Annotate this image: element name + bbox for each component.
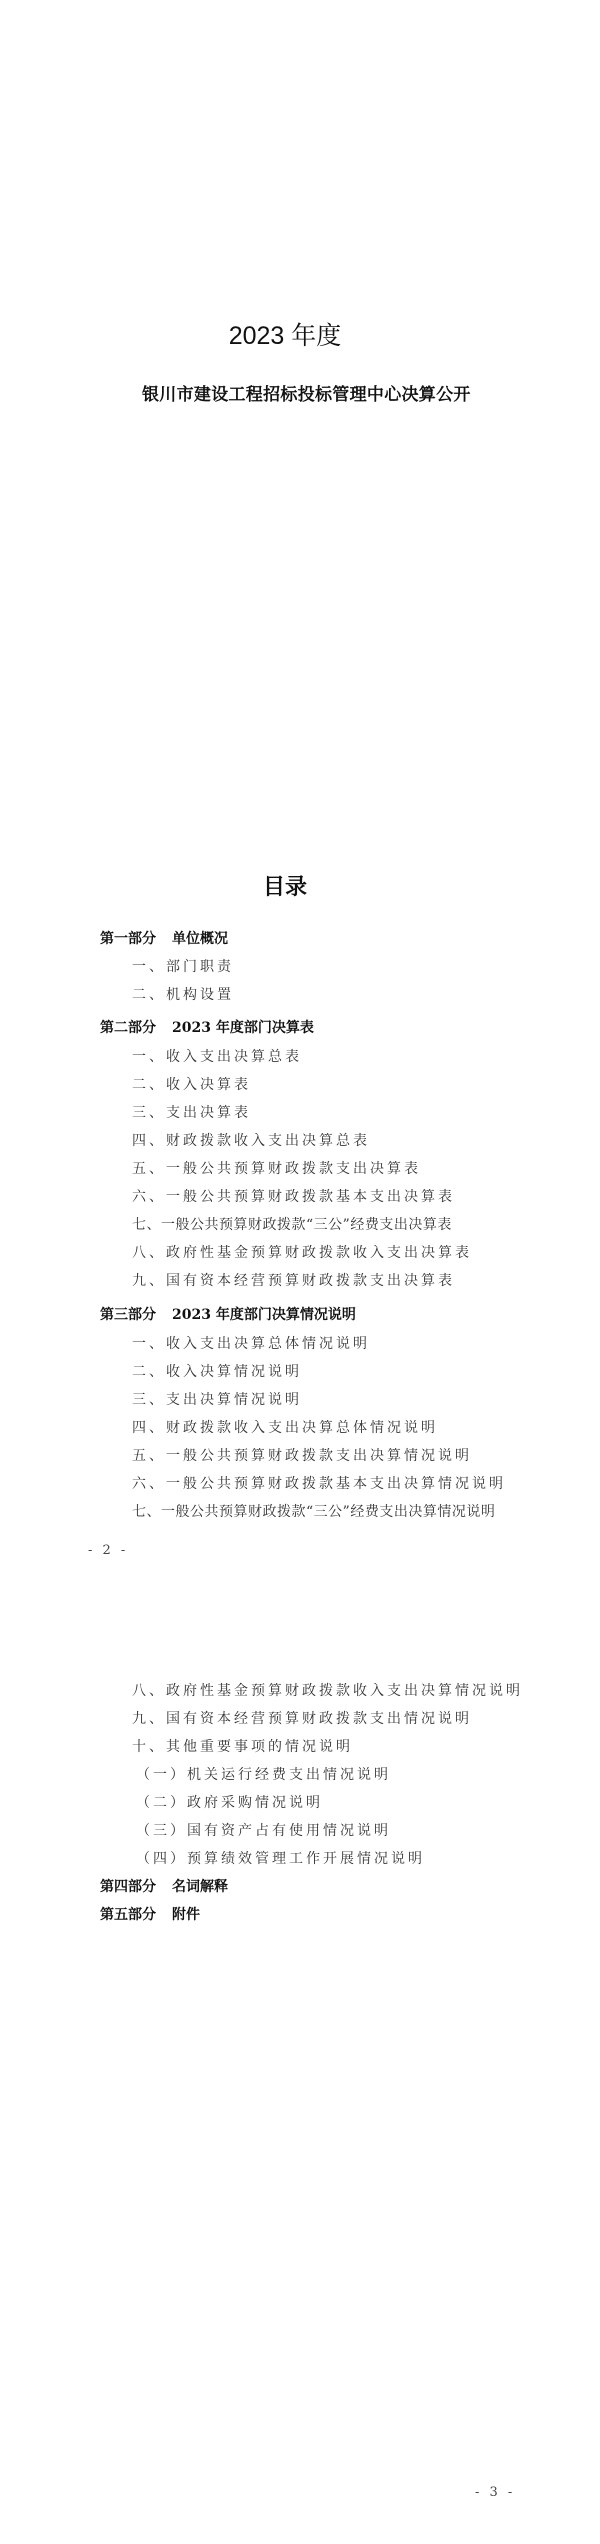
toc-subitem[interactable]: （一）机关运行经费支出情况说明 [136,1764,391,1784]
toc-item[interactable]: 四、财政拨款收入支出决算总表 [132,1130,370,1150]
part-title: 附件 [172,1907,200,1923]
part-label: 第三部分 [100,1307,156,1323]
toc-item[interactable]: 二、收入决算表 [132,1074,251,1094]
toc-item[interactable]: 七、一般公共预算财政拨款“三公”经费支出决算情况说明 [132,1501,495,1521]
part-title: 名词解释 [172,1879,228,1895]
toc-part-4-heading[interactable]: 第四部分名词解释 [100,1876,228,1896]
toc-item[interactable]: 六、一般公共预算财政拨款基本支出决算情况说明 [132,1473,506,1493]
part-label: 第一部分 [100,931,156,947]
toc-item[interactable]: 六、一般公共预算财政拨款基本支出决算表 [132,1186,455,1206]
toc-item[interactable]: 一、收入支出决算总表 [132,1046,302,1066]
toc-subitem[interactable]: （二）政府采购情况说明 [136,1792,323,1812]
toc-subitem[interactable]: （三）国有资产占有使用情况说明 [136,1820,391,1840]
toc-item[interactable]: 三、支出决算表 [132,1102,251,1122]
toc-part-3-heading[interactable]: 第三部分2023 年度部门决算情况说明 [100,1304,356,1324]
part-title: 2023 年度部门决算情况说明 [172,1307,356,1323]
toc-item[interactable]: 一、部门职责 [132,956,234,976]
part-label: 第四部分 [100,1879,156,1895]
part-label: 第二部分 [100,1020,156,1036]
toc-item[interactable]: 八、政府性基金预算财政拨款收入支出决算表 [132,1242,472,1262]
part-label: 第五部分 [100,1907,156,1923]
toc-item[interactable]: 十、其他重要事项的情况说明 [132,1736,353,1756]
toc-part-5-heading[interactable]: 第五部分附件 [100,1904,200,1924]
toc-item[interactable]: 八、政府性基金预算财政拨款收入支出决算情况说明 [132,1680,523,1700]
toc-title: 目录 [0,870,570,901]
cover-year-title: 2023 年度 [0,316,570,352]
toc-part-1-heading[interactable]: 第一部分单位概况 [100,928,228,948]
part-title: 单位概况 [172,931,228,947]
toc-item[interactable]: 二、收入决算情况说明 [132,1361,302,1381]
cover-organization-title: 银川市建设工程招标投标管理中心决算公开 [142,380,471,405]
toc-item[interactable]: 七、一般公共预算财政拨款“三公”经费支出决算表 [132,1214,452,1234]
toc-part-2-heading[interactable]: 第二部分2023 年度部门决算表 [100,1017,314,1037]
page-number-3: - 3 - [475,2485,515,2500]
page-number-2: - 2 - [88,1543,128,1558]
toc-item[interactable]: 九、国有资本经营预算财政拨款支出情况说明 [132,1708,472,1728]
toc-item[interactable]: 四、财政拨款收入支出决算总体情况说明 [132,1417,438,1437]
toc-item[interactable]: 二、机构设置 [132,984,234,1004]
toc-subitem[interactable]: （四）预算绩效管理工作开展情况说明 [136,1848,425,1868]
toc-item[interactable]: 一、收入支出决算总体情况说明 [132,1333,370,1353]
toc-item[interactable]: 三、支出决算情况说明 [132,1389,302,1409]
part-title: 2023 年度部门决算表 [172,1020,314,1036]
toc-item[interactable]: 九、国有资本经营预算财政拨款支出决算表 [132,1270,455,1290]
toc-item[interactable]: 五、一般公共预算财政拨款支出决算情况说明 [132,1445,472,1465]
toc-item[interactable]: 五、一般公共预算财政拨款支出决算表 [132,1158,421,1178]
